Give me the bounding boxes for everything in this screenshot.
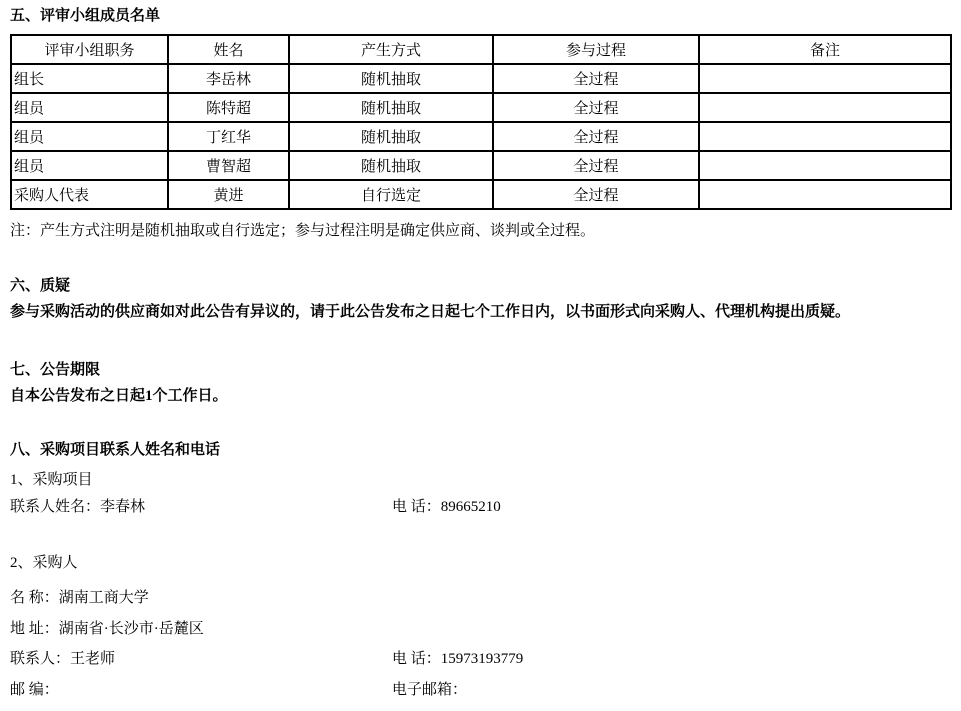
table-cell-participation: 全过程	[493, 122, 699, 151]
table-cell-participation: 全过程	[493, 93, 699, 122]
table-row: 组员 陈特超 随机抽取 全过程	[11, 93, 951, 122]
table-cell-role: 组长	[11, 64, 168, 93]
email-label: 电子邮箱：	[392, 680, 467, 700]
table-cell-method: 随机抽取	[289, 122, 493, 151]
table-cell-participation: 全过程	[493, 180, 699, 209]
header-name: 姓名	[168, 35, 289, 64]
document-page: 五、评审小组成员名单 评审小组职务 姓名 产生方式 参与过程 备注 组长 李岳林…	[0, 0, 961, 700]
table-cell-remarks	[699, 151, 951, 180]
project-contact-name: 联系人姓名：李春林	[10, 497, 392, 517]
table-cell-role: 组员	[11, 122, 168, 151]
subsection-2-label: 2、采购人	[10, 553, 951, 573]
table-cell-name: 陈特超	[168, 93, 289, 122]
table-cell-remarks	[699, 180, 951, 209]
table-cell-remarks	[699, 64, 951, 93]
section-6-body: 参与采购活动的供应商如对此公告有异议的，请于此公告发布之日起七个工作日内，以书面…	[10, 302, 951, 322]
header-remarks: 备注	[699, 35, 951, 64]
review-panel-table: 评审小组职务 姓名 产生方式 参与过程 备注 组长 李岳林 随机抽取 全过程 组…	[10, 34, 952, 210]
table-cell-remarks	[699, 122, 951, 151]
project-contact-row: 联系人姓名：李春林 电 话：89665210	[10, 497, 951, 517]
table-row: 组员 丁红华 随机抽取 全过程	[11, 122, 951, 151]
header-participation: 参与过程	[493, 35, 699, 64]
buyer-contact-row: 联系人：王老师 电 话：15973193779	[10, 649, 951, 669]
table-cell-method: 随机抽取	[289, 64, 493, 93]
table-cell-name: 曹智超	[168, 151, 289, 180]
table-cell-method: 随机抽取	[289, 93, 493, 122]
section-6-title: 六、质疑	[10, 276, 951, 296]
section-7-body: 自本公告发布之日起1个工作日。	[10, 386, 951, 406]
buyer-contact-name: 联系人：王老师	[10, 649, 392, 669]
table-cell-remarks	[699, 93, 951, 122]
subsection-1-label: 1、采购项目	[10, 470, 951, 490]
buyer-address: 地 址：湖南省·长沙市·岳麓区	[10, 619, 951, 639]
header-selection-method: 产生方式	[289, 35, 493, 64]
table-header-row: 评审小组职务 姓名 产生方式 参与过程 备注	[11, 35, 951, 64]
table-cell-role: 组员	[11, 93, 168, 122]
table-cell-name: 丁红华	[168, 122, 289, 151]
table-row: 采购人代表 黄进 自行选定 全过程	[11, 180, 951, 209]
table-cell-role: 组员	[11, 151, 168, 180]
table-note: 注：产生方式注明是随机抽取或自行选定；参与过程注明是确定供应商、谈判或全过程。	[10, 221, 951, 241]
table-cell-method: 自行选定	[289, 180, 493, 209]
table-cell-participation: 全过程	[493, 64, 699, 93]
section-5-title: 五、评审小组成员名单	[10, 6, 951, 26]
postal-email-row: 邮 编： 电子邮箱：	[10, 680, 951, 700]
table-cell-participation: 全过程	[493, 151, 699, 180]
buyer-name: 名 称：湖南工商大学	[10, 588, 951, 608]
section-8-title: 八、采购项目联系人姓名和电话	[10, 440, 951, 460]
buyer-contact-phone: 电 话：15973193779	[392, 649, 523, 669]
header-role: 评审小组职务	[11, 35, 168, 64]
table-cell-name: 黄进	[168, 180, 289, 209]
table-row: 组员 曹智超 随机抽取 全过程	[11, 151, 951, 180]
table-row: 组长 李岳林 随机抽取 全过程	[11, 64, 951, 93]
table-cell-role: 采购人代表	[11, 180, 168, 209]
project-contact-phone: 电 话：89665210	[392, 497, 501, 517]
section-7-title: 七、公告期限	[10, 360, 951, 380]
table-cell-name: 李岳林	[168, 64, 289, 93]
postal-code-label: 邮 编：	[10, 680, 392, 700]
table-cell-method: 随机抽取	[289, 151, 493, 180]
